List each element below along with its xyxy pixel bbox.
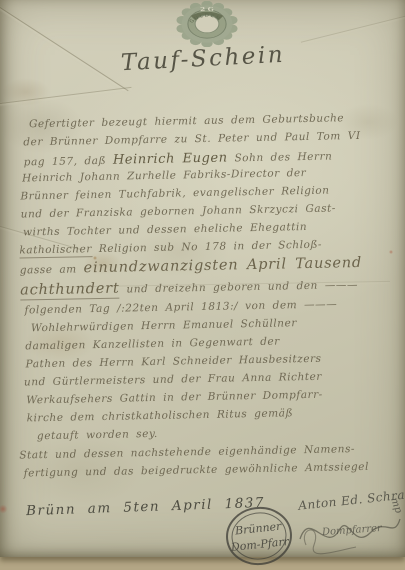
signature-flourish-icon <box>296 505 404 557</box>
body-line: Gefertigter bezeugt hiermit aus dem Gebu… <box>29 112 344 130</box>
body-segment: Sohn des Herrn <box>228 150 333 164</box>
body-line: Wohlehrwürdigen Herrn Emanuel Schüllner <box>31 317 297 334</box>
body-line: wirths Tochter und dessen eheliche Ehega… <box>23 221 307 238</box>
body-line: Heinrich Johann Zurhelle Fabriks-Directo… <box>22 167 306 184</box>
body-line: Statt und dessen nachstehende eigenhändi… <box>19 443 355 461</box>
birthdate-words: achthundert <box>20 281 120 301</box>
body-line: kirche dem christkatholischen Ritus gemä… <box>27 407 294 424</box>
parish-seal: Brünner Dom-Pfarr <box>220 500 298 570</box>
seal-text-top: Brünner <box>233 520 282 538</box>
body-line: und Gürtlermeisters und der Frau Anna Ri… <box>24 371 322 389</box>
seal-text-bottom: Dom-Pfarr <box>229 535 290 554</box>
body-line: folgenden Tag /:22ten April 1813:/ von d… <box>24 298 337 316</box>
handwritten-body: Gefertigter bezeugt hiermit aus dem Gebu… <box>0 0 405 561</box>
body-line: der Brünner Dompfarre zu St. Peter und P… <box>23 130 360 148</box>
body-line: pag 157, daß Heinrich Eugen Sohn des Her… <box>24 148 333 169</box>
body-segment: pag 157, daß <box>24 155 113 169</box>
body-segment: gasse am <box>20 263 84 276</box>
body-segment: und dreizehn geboren und den ——— <box>119 279 358 296</box>
body-line: Brünner feinen Tuchfabrik, evangelischer… <box>20 185 329 203</box>
body-line: achthundert und dreizehn geboren und den… <box>20 276 358 298</box>
body-line: damaligen Kanzellisten in Gegenwart der <box>25 336 280 353</box>
child-name: Heinrich Eugen <box>113 150 228 167</box>
underlined-word: katholischer <box>19 243 92 258</box>
photo-background: 2 G GULDEN Tauf-Schein Gefertigter bezeu… <box>0 0 405 570</box>
body-line: katholischer Religion sub No 178 in der … <box>19 239 322 257</box>
body-line: und der Franziska gebornen Johann Skrzyc… <box>21 202 336 220</box>
body-line: fertigung und das beigedruckte gewöhnlic… <box>24 461 369 480</box>
body-line: getauft worden sey. <box>37 428 158 442</box>
body-line: gasse am einundzwanzigsten April Tausend <box>20 255 363 278</box>
body-line: Pathen des Herrn Karl Schneider Hausbesi… <box>26 353 322 371</box>
body-line: Werkaufsehers Gattin in der Brünner Domp… <box>26 389 323 407</box>
paper-sheet: 2 G GULDEN Tauf-Schein Gefertigter bezeu… <box>0 0 405 557</box>
body-segment: Religion sub No 178 in der Schloß- <box>92 239 322 255</box>
birthdate-words: einundzwanzigsten April Tausend <box>83 255 362 276</box>
